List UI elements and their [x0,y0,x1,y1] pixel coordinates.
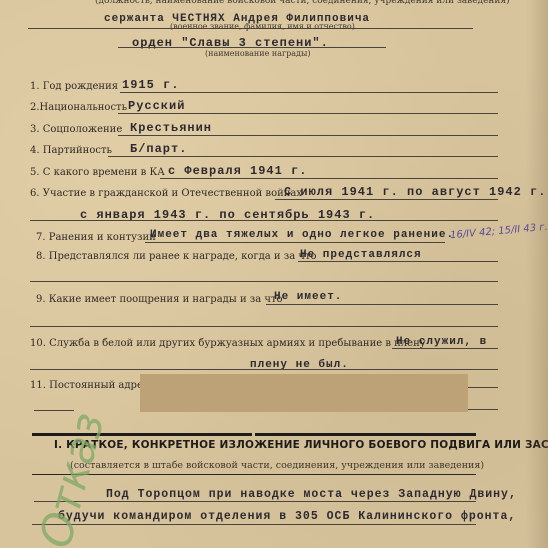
narrative-line-2: будучи командиром отделения в 305 ОСБ Ка… [58,510,516,523]
field-3-label: 3. Соцположение [30,124,122,135]
field-4-label: 4. Партийность [30,145,112,156]
field-1-value: 1915 г. [122,78,179,92]
field-7-label: 7. Ранения и контузии [36,232,156,243]
field-9-value: Не имеет. [274,291,342,303]
field-5-value: с Февраля 1941 г. [168,164,307,178]
field-8-value: Не представлялся [300,249,422,261]
field-9-label: 9. Какие имеет поощрения и награды и за … [36,294,283,305]
field-10-value: Не служил, в [396,336,487,348]
field-10-label: 10. Служба в белой или других буржуазных… [30,338,426,349]
award-caption: (наименование награды) [205,49,310,58]
field-2-value: Русский [128,99,185,113]
narrative-line-1: Под Торопцом при наводке моста через Зап… [106,488,517,501]
green-handwritten-mark: Отказ [30,407,115,548]
name-caption: (военное звание, фамилия, имя и отчество… [170,22,355,31]
page-edge-shadow [526,0,548,548]
field-11-label: 11. Постоянный адрес: [30,380,152,391]
field-6-label: 6. Участие в гражданской и Отечественной… [30,188,302,199]
field-8-label: 8. Представлялся ли ранее к награде, ког… [36,251,317,262]
section-caption: (составляется в штабе войсковой части, с… [70,460,484,471]
field-2-label: 2.Национальность [30,102,127,113]
field-7-value: Имеет два тяжелых и одно легкое ранение. [150,229,454,241]
field-3-value: Крестьянин [130,121,212,135]
field-1-label: 1. Год рождения [30,81,118,92]
position-caption: (должность, наименование войсковой части… [95,0,510,6]
field-6-value: С июля 1941 г. по август 1942 г. [284,185,546,199]
redacted-address [140,374,468,412]
section-title: I. КРАТКОЕ, КОНКРЕТНОЕ ИЗЛОЖЕНИЕ ЛИЧНОГО… [54,439,548,451]
field-5-label: 5. С какого времени в КА [30,167,165,178]
field-4-value: Б/парт. [130,142,187,156]
